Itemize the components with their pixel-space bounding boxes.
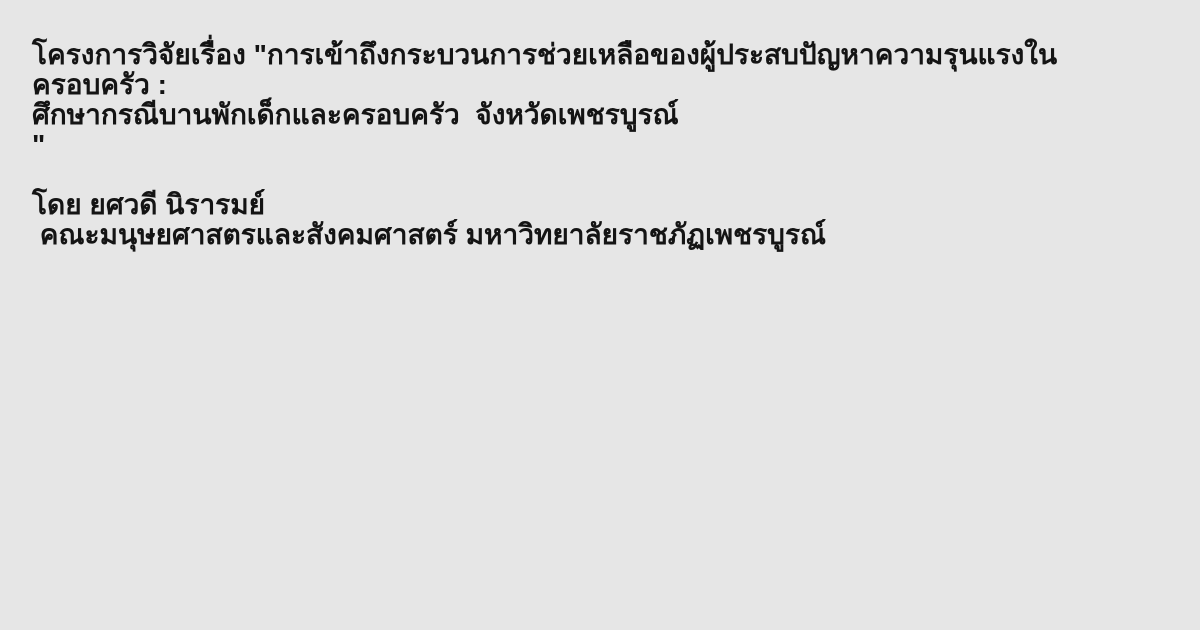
author-byline: โดย ยศวดี นิรารมย์ <box>32 190 1172 220</box>
research-og-card: โครงการวิจัยเรื่อง "การเข้าถึงกระบวนการช… <box>0 0 1200 630</box>
title-line-3: " <box>32 130 1172 160</box>
title-line-1: โครงการวิจัยเรื่อง "การเข้าถึงกระบวนการช… <box>32 40 1172 100</box>
research-title: โครงการวิจัยเรื่อง "การเข้าถึงกระบวนการช… <box>32 40 1172 160</box>
faculty-affiliation: คณะมนุษยศาสตรและสังคมศาสตร์ มหาวิทยาลัยร… <box>32 220 1172 250</box>
card-content: โครงการวิจัยเรื่อง "การเข้าถึงกระบวนการช… <box>32 40 1172 250</box>
title-line-2: ศึกษากรณีบานพักเด็กและครอบครัว จังหวัดเพ… <box>32 100 1172 130</box>
